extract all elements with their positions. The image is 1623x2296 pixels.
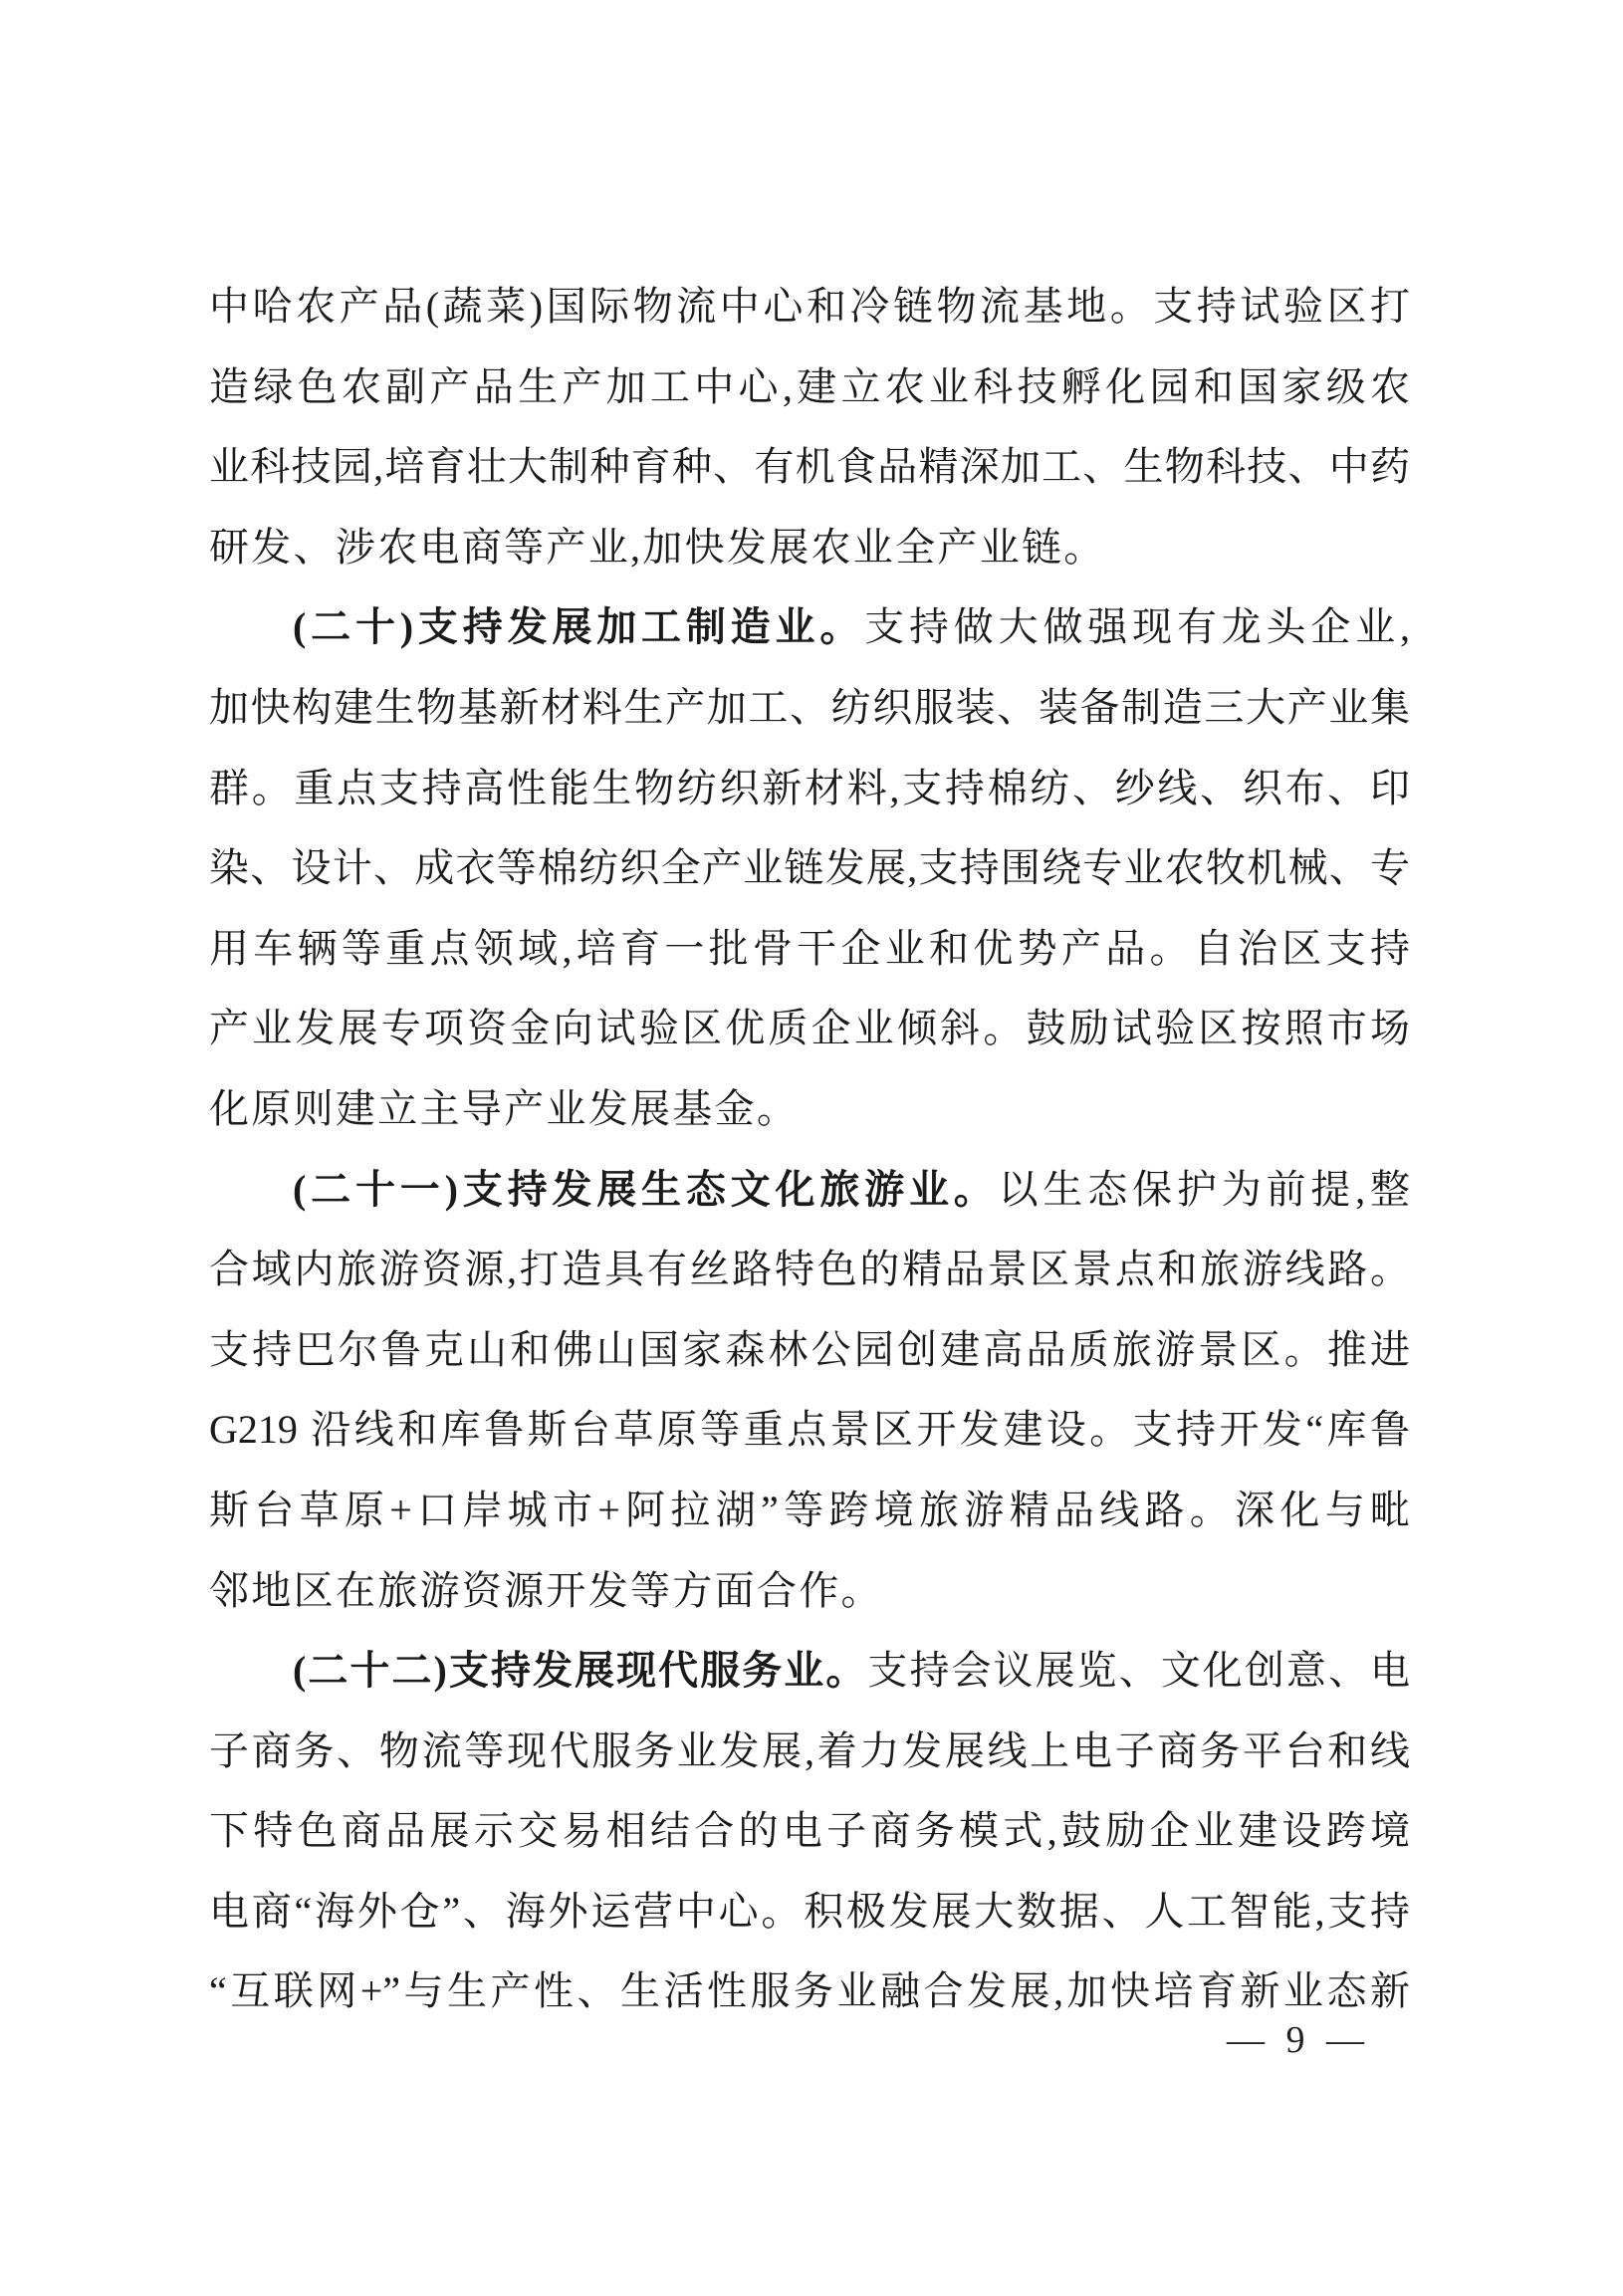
line-text: 业科技园,培育壮大制种育种、有机食品精深加工、生物科技、中药 [209,444,1410,489]
line-text: 群。重点支持高性能生物纺织新材料,支持棉纺、纱线、织布、印 [209,766,1410,810]
paragraph-heading: (二十二)支持发展现代服务业。 [293,1648,867,1693]
text-line: 业科技园,培育壮大制种育种、有机食品精深加工、生物科技、中药 [209,427,1410,508]
line-text: 染、设计、成衣等棉纺织全产业链发展,支持围绕专业农牧机械、专 [209,845,1410,890]
text-line: 造绿色农副产品生产加工中心,建立农业科技孵化园和国家级农 [209,347,1410,428]
line-text: 研发、涉农电商等产业,加快发展农业全产业链。 [209,525,1106,570]
paragraph-heading: (二十一)支持发展生态文化旅游业。 [293,1167,999,1212]
text-line: 邻地区在旅游资源开发等方面合作。 [209,1551,1410,1632]
line-text: 邻地区在旅游资源开发等方面合作。 [209,1568,883,1613]
line-text: 加快构建生物基新材料生产加工、纺织服装、装备制造三大产业集 [209,685,1410,730]
text-line: 产业发展专项资金向试验区优质企业倾斜。鼓励试验区按照市场 [209,989,1410,1069]
text-line: (二十)支持发展加工制造业。支持做大做强现有龙头企业, [209,587,1410,668]
text-line: (二十二)支持发展现代服务业。支持会议展览、文化创意、电 [209,1631,1410,1712]
line-text: 支持巴尔鲁克山和佛山国家森林公园创建高品质旅游景区。推进 [209,1327,1410,1372]
line-text: G219 沿线和库鲁斯台草原等重点景区开发建设。支持开发“库鲁 [209,1407,1410,1452]
document-page: 中哈农产品(蔬菜)国际物流中心和冷链物流基地。支持试验区打造绿色农副产品生产加工… [0,0,1623,2296]
text-line: 子商务、物流等现代服务业发展,着力发展线上电子商务平台和线 [209,1712,1410,1792]
text-line: 加快构建生物基新材料生产加工、纺织服装、装备制造三大产业集 [209,668,1410,749]
line-text: 用车辆等重点领域,培育一批骨干企业和优势产品。自治区支持 [209,926,1410,971]
line-text: 斯台草原+口岸城市+阿拉湖”等跨境旅游精品线路。深化与毗 [209,1488,1410,1532]
line-text: 以生态保护为前提,整 [999,1167,1410,1212]
line-text: 子商务、物流等现代服务业发展,着力发展线上电子商务平台和线 [209,1728,1410,1773]
text-line: 斯台草原+口岸城市+阿拉湖”等跨境旅游精品线路。深化与毗 [209,1471,1410,1551]
text-line: 用车辆等重点领域,培育一批骨干企业和优势产品。自治区支持 [209,909,1410,990]
line-text: 造绿色农副产品生产加工中心,建立农业科技孵化园和国家级农 [209,364,1410,409]
text-line: 染、设计、成衣等棉纺织全产业链发展,支持围绕专业农牧机械、专 [209,828,1410,909]
line-text: 化原则建立主导产业发展基金。 [209,1086,799,1131]
line-text: 下特色商品展示交易相结合的电子商务模式,鼓励企业建设跨境 [209,1808,1410,1853]
line-text: “互联网+”与生产性、生活性服务业融合发展,加快培育新业态新 [209,1968,1410,2013]
footer-page-number: — 9 — [1227,2019,1370,2061]
paragraph-heading: (二十)支持发展加工制造业。 [293,604,864,649]
line-text: 中哈农产品(蔬菜)国际物流中心和冷链物流基地。支持试验区打 [209,284,1410,329]
line-text: 支持做大做强现有龙头企业, [864,604,1410,649]
text-line: 化原则建立主导产业发展基金。 [209,1069,1410,1150]
text-block: 中哈农产品(蔬菜)国际物流中心和冷链物流基地。支持试验区打造绿色农副产品生产加工… [209,267,1410,2032]
text-line: 中哈农产品(蔬菜)国际物流中心和冷链物流基地。支持试验区打 [209,267,1410,347]
text-line: 下特色商品展示交易相结合的电子商务模式,鼓励企业建设跨境 [209,1791,1410,1872]
text-line: (二十一)支持发展生态文化旅游业。以生态保护为前提,整 [209,1150,1410,1231]
text-line: 群。重点支持高性能生物纺织新材料,支持棉纺、纱线、织布、印 [209,749,1410,829]
line-text: 电商“海外仓”、海外运营中心。积极发展大数据、人工智能,支持 [209,1889,1410,1934]
line-text: 支持会议展览、文化创意、电 [867,1648,1410,1693]
text-line: 电商“海外仓”、海外运营中心。积极发展大数据、人工智能,支持 [209,1872,1410,1952]
text-line: 研发、涉农电商等产业,加快发展农业全产业链。 [209,508,1410,588]
line-text: 合域内旅游资源,打造具有丝路特色的精品景区景点和旅游线路。 [209,1247,1410,1291]
text-line: 合域内旅游资源,打造具有丝路特色的精品景区景点和旅游线路。 [209,1230,1410,1310]
text-line: G219 沿线和库鲁斯台草原等重点景区开发建设。支持开发“库鲁 [209,1390,1410,1471]
line-text: 产业发展专项资金向试验区优质企业倾斜。鼓励试验区按照市场 [209,1006,1410,1050]
text-line: 支持巴尔鲁克山和佛山国家森林公园创建高品质旅游景区。推进 [209,1310,1410,1391]
